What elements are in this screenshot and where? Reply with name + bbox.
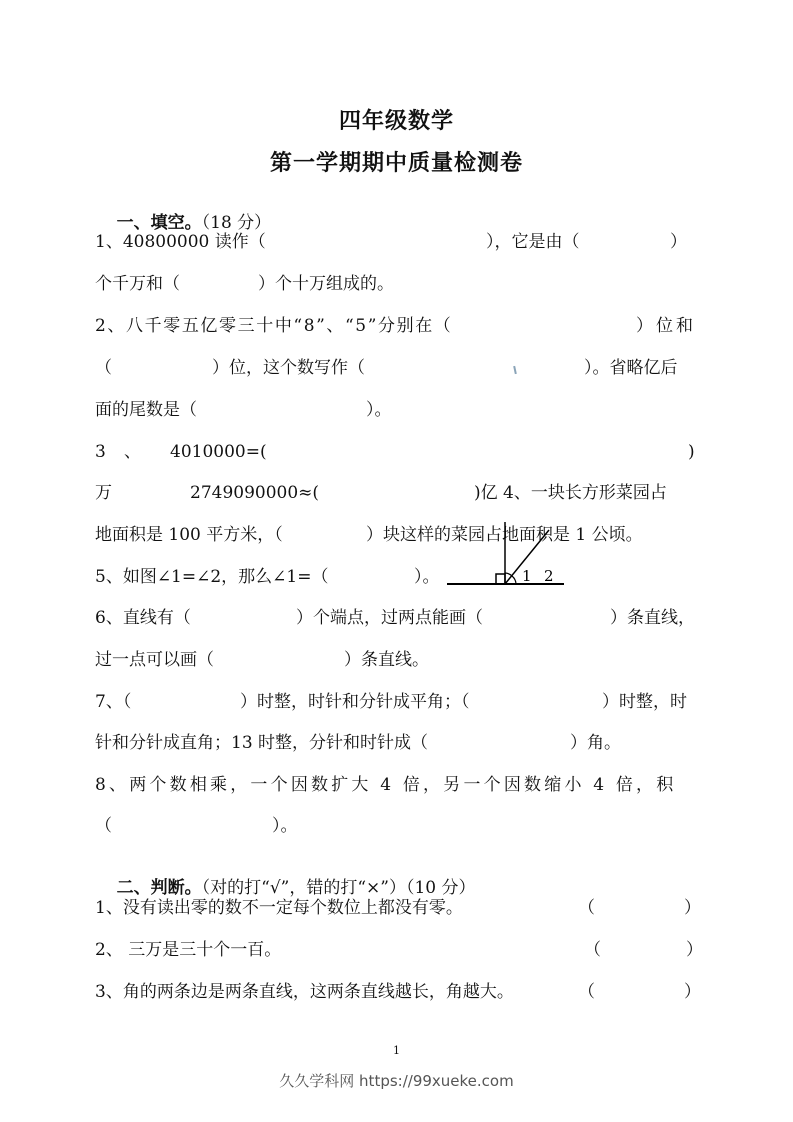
q6-line2-part2: ）条直线。 (344, 649, 429, 671)
q3-line1-number: 3 (95, 441, 106, 463)
judgement-3-text: 3、角的两条边是两条直线，这两条直线越长，角越大。 (95, 981, 514, 1003)
q8-line2-part1: （ (95, 815, 112, 837)
section2-heading: 二、判断。 (117, 878, 202, 898)
q6-line1-part3: ）条直线， (610, 607, 695, 629)
q6-line1-part1: 6、直线有（ (95, 607, 191, 629)
section1-heading: 一、填空。 (117, 213, 202, 233)
q1-line2-part2: ）个十万组成的。 (258, 273, 394, 295)
q2-line2-part2: ）位，这个数写作（ (212, 357, 365, 379)
q1-line2-part1: 个千万和（ (95, 273, 180, 295)
q6-line1-part2: ）个端点，过两点能画（ (296, 607, 483, 629)
q3-line2-expression: 2749090000≈( (190, 482, 319, 504)
angle-diagram-icon: 1 2 (440, 515, 570, 590)
q2-line2-part3: ）。省略亿后 (584, 357, 678, 379)
q5-line1-part2: ）。 (414, 566, 440, 588)
q7-line1-part1: 7、（ (95, 691, 131, 713)
q7-line2-part2: ）角。 (570, 732, 621, 754)
judgement-2-text: 2、 三万是三十个一百。 (95, 939, 281, 961)
angle-figure: 1 2 (440, 515, 570, 594)
q7-line1-part3: ）时整，时 (602, 691, 687, 713)
judgement-2-close: ） (686, 939, 703, 961)
q2-line3-part2: ）。 (366, 399, 392, 421)
document-title: 四年级数学 (0, 104, 793, 135)
page-number: 1 (0, 1044, 793, 1057)
angle-label-1: 1 (522, 567, 532, 585)
q7-line1-part2: ）时整，时针和分针成平角；（ (240, 691, 470, 713)
q3-line2-tail: )亿 4、一块长方形菜园占 (474, 482, 667, 504)
judgement-3-open: （ (578, 981, 595, 1003)
document-subtitle: 第一学期期中质量检测卷 (0, 146, 793, 177)
q1-line1-part2: ），它是由（ (486, 231, 580, 253)
q2-line2-part1: （ (95, 357, 112, 379)
q8-line1: 8、两个数相乘，一个因数扩大 4 倍，另一个因数缩小 4 倍，积 (95, 774, 676, 796)
section2-instructions: （对的打“√”，错的打“×”）（10 分） (202, 878, 476, 898)
stray-mark (513, 366, 517, 374)
exam-page: 四年级数学 第一学期期中质量检测卷 一、填空。（18 分） 1、40800000… (0, 0, 793, 1122)
q3-line2-unit: 万 (95, 482, 112, 504)
judgement-1-open: （ (578, 897, 595, 919)
q3-line1-close: ) (688, 441, 695, 463)
judgement-2-open: （ (584, 939, 601, 961)
q3-line1-comma: 、 (124, 441, 141, 463)
q3-line1-expression: 4010000=( (170, 441, 267, 463)
watermark-link[interactable]: 久久学科网 https://99xueke.com (0, 1070, 793, 1091)
q1-line1-part1: 1、40800000 读作（ (95, 231, 266, 253)
judgement-3-close: ） (684, 981, 701, 1003)
q5-line1-part1: 5、如图∠1=∠2，那么∠1=（ (95, 566, 328, 588)
q6-line2-part1: 过一点可以画（ (95, 649, 214, 671)
q8-line2-part2: ）。 (272, 815, 298, 837)
judgement-1-text: 1、没有读出零的数不一定每个数位上都没有零。 (95, 897, 463, 919)
q7-line2-part1: 针和分针成直角；13 时整，分针和时针成（ (95, 732, 428, 754)
judgement-1-close: ） (684, 897, 701, 919)
q2-line3-part1: 面的尾数是（ (95, 399, 197, 421)
q2-line1-part1: 2、八千零五亿零三十中“8”、“5”分别在（ (95, 315, 452, 337)
q1-line1-part3: ） (670, 231, 687, 253)
angle-label-2: 2 (544, 567, 554, 585)
q2-line1-part2: ）位和 (636, 315, 696, 337)
section1-points: （18 分） (202, 213, 272, 233)
q4-line1-part1: 地面积是 100 平方米，（ (95, 524, 283, 546)
